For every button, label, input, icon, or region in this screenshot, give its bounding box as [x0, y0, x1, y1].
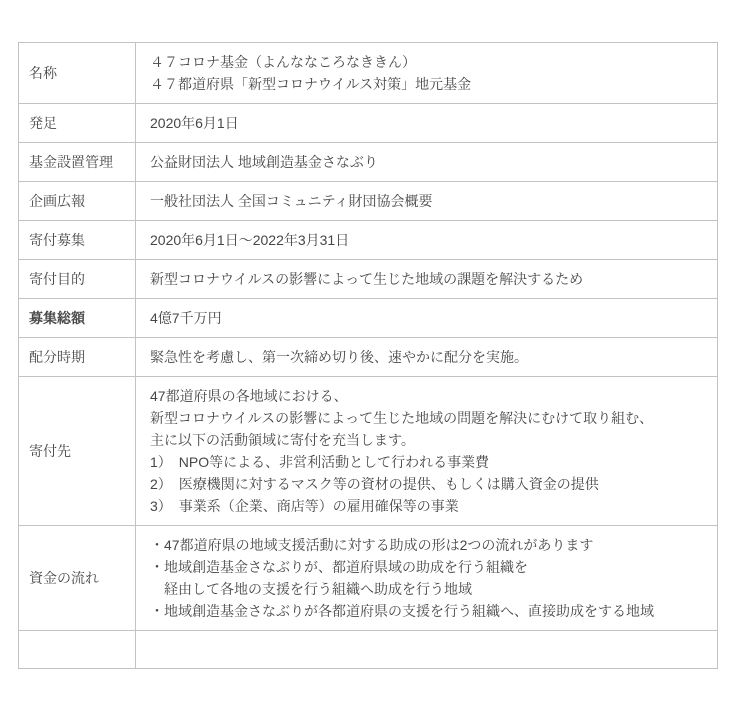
content-line: 4億7千万円	[150, 307, 705, 329]
row-content: ・47都道府県の地域支援活動に対する助成の形は2つの流れがあります ・地域創造基…	[136, 526, 718, 631]
content-line: 47都道府県の各地域における、	[150, 385, 705, 407]
table-row-planning-pr: 企画広報 一般社団法人 全国コミュニティ財団協会概要	[19, 182, 718, 221]
content-line: 主に以下の活動領域に寄付を充当します。	[150, 429, 705, 451]
row-label: 寄付目的	[19, 260, 136, 299]
content-line: 経由して各地の支援を行う組織へ助成を行う地域	[150, 578, 705, 600]
table-row-empty	[19, 631, 718, 669]
table-row-distribution-timing: 配分時期 緊急性を考慮し、第一次締め切り後、速やかに配分を実施。	[19, 338, 718, 377]
row-label: 寄付先	[19, 377, 136, 526]
page: 名称 ４７コロナ基金（よんななころなききん） ４７都道府県「新型コロナウイルス対…	[0, 0, 740, 714]
content-line: 新型コロナウイルスの影響によって生じた地域の問題を解決にむけて取り組む、	[150, 407, 705, 429]
row-label: 募集総額	[19, 299, 136, 338]
content-line: ４７都道府県「新型コロナウイルス対策」地元基金	[150, 73, 705, 95]
row-content: 2020年6月1日～2022年3月31日	[136, 221, 718, 260]
content-line: 一般社団法人 全国コミュニティ財団協会概要	[150, 190, 705, 212]
content-line: ・地域創造基金さなぶりが、都道府県域の助成を行う組織を	[150, 556, 705, 578]
row-label: 企画広報	[19, 182, 136, 221]
content-line: ・47都道府県の地域支援活動に対する助成の形は2つの流れがあります	[150, 534, 705, 556]
row-content: 緊急性を考慮し、第一次締め切り後、速やかに配分を実施。	[136, 338, 718, 377]
table-row-name: 名称 ４７コロナ基金（よんななころなききん） ４７都道府県「新型コロナウイルス対…	[19, 43, 718, 104]
table-row-donation-period: 寄付募集 2020年6月1日～2022年3月31日	[19, 221, 718, 260]
row-label: 資金の流れ	[19, 526, 136, 631]
row-content: 47都道府県の各地域における、 新型コロナウイルスの影響によって生じた地域の問題…	[136, 377, 718, 526]
table-row-donation-purpose: 寄付目的 新型コロナウイルスの影響によって生じた地域の課題を解決するため	[19, 260, 718, 299]
content-line: 緊急性を考慮し、第一次締め切り後、速やかに配分を実施。	[150, 346, 705, 368]
content-line: 2） 医療機関に対するマスク等の資材の提供、もしくは購入資金の提供	[150, 473, 705, 495]
row-label: 名称	[19, 43, 136, 104]
table-row-founded: 発足 2020年6月1日	[19, 104, 718, 143]
table-row-fund-management: 基金設置管理 公益財団法人 地域創造基金さなぶり	[19, 143, 718, 182]
content-line: 3） 事業系（企業、商店等）の雇用確保等の事業	[150, 495, 705, 517]
content-line: ・地域創造基金さなぶりが各都道府県の支援を行う組織へ、直接助成をする地域	[150, 600, 705, 622]
row-content: 公益財団法人 地域創造基金さなぶり	[136, 143, 718, 182]
content-line: 公益財団法人 地域創造基金さなぶり	[150, 151, 705, 173]
row-content: 新型コロナウイルスの影響によって生じた地域の課題を解決するため	[136, 260, 718, 299]
row-content	[136, 631, 718, 669]
table-row-donation-recipients: 寄付先 47都道府県の各地域における、 新型コロナウイルスの影響によって生じた地…	[19, 377, 718, 526]
row-label: 配分時期	[19, 338, 136, 377]
content-line: 2020年6月1日	[150, 112, 705, 134]
row-label: 寄付募集	[19, 221, 136, 260]
row-content: 一般社団法人 全国コミュニティ財団協会概要	[136, 182, 718, 221]
content-line: 1） NPO等による、非営利活動として行われる事業費	[150, 451, 705, 473]
row-label: 発足	[19, 104, 136, 143]
table-row-fund-flow: 資金の流れ ・47都道府県の地域支援活動に対する助成の形は2つの流れがあります …	[19, 526, 718, 631]
content-line: 新型コロナウイルスの影響によって生じた地域の課題を解決するため	[150, 268, 705, 290]
row-label	[19, 631, 136, 669]
fund-info-table: 名称 ４７コロナ基金（よんななころなききん） ４７都道府県「新型コロナウイルス対…	[18, 42, 718, 669]
row-label: 基金設置管理	[19, 143, 136, 182]
row-content: 2020年6月1日	[136, 104, 718, 143]
row-content: ４７コロナ基金（よんななころなききん） ４７都道府県「新型コロナウイルス対策」地…	[136, 43, 718, 104]
content-line: 2020年6月1日～2022年3月31日	[150, 229, 705, 251]
content-line: ４７コロナ基金（よんななころなききん）	[150, 51, 705, 73]
row-content: 4億7千万円	[136, 299, 718, 338]
table-row-target-total: 募集総額 4億7千万円	[19, 299, 718, 338]
